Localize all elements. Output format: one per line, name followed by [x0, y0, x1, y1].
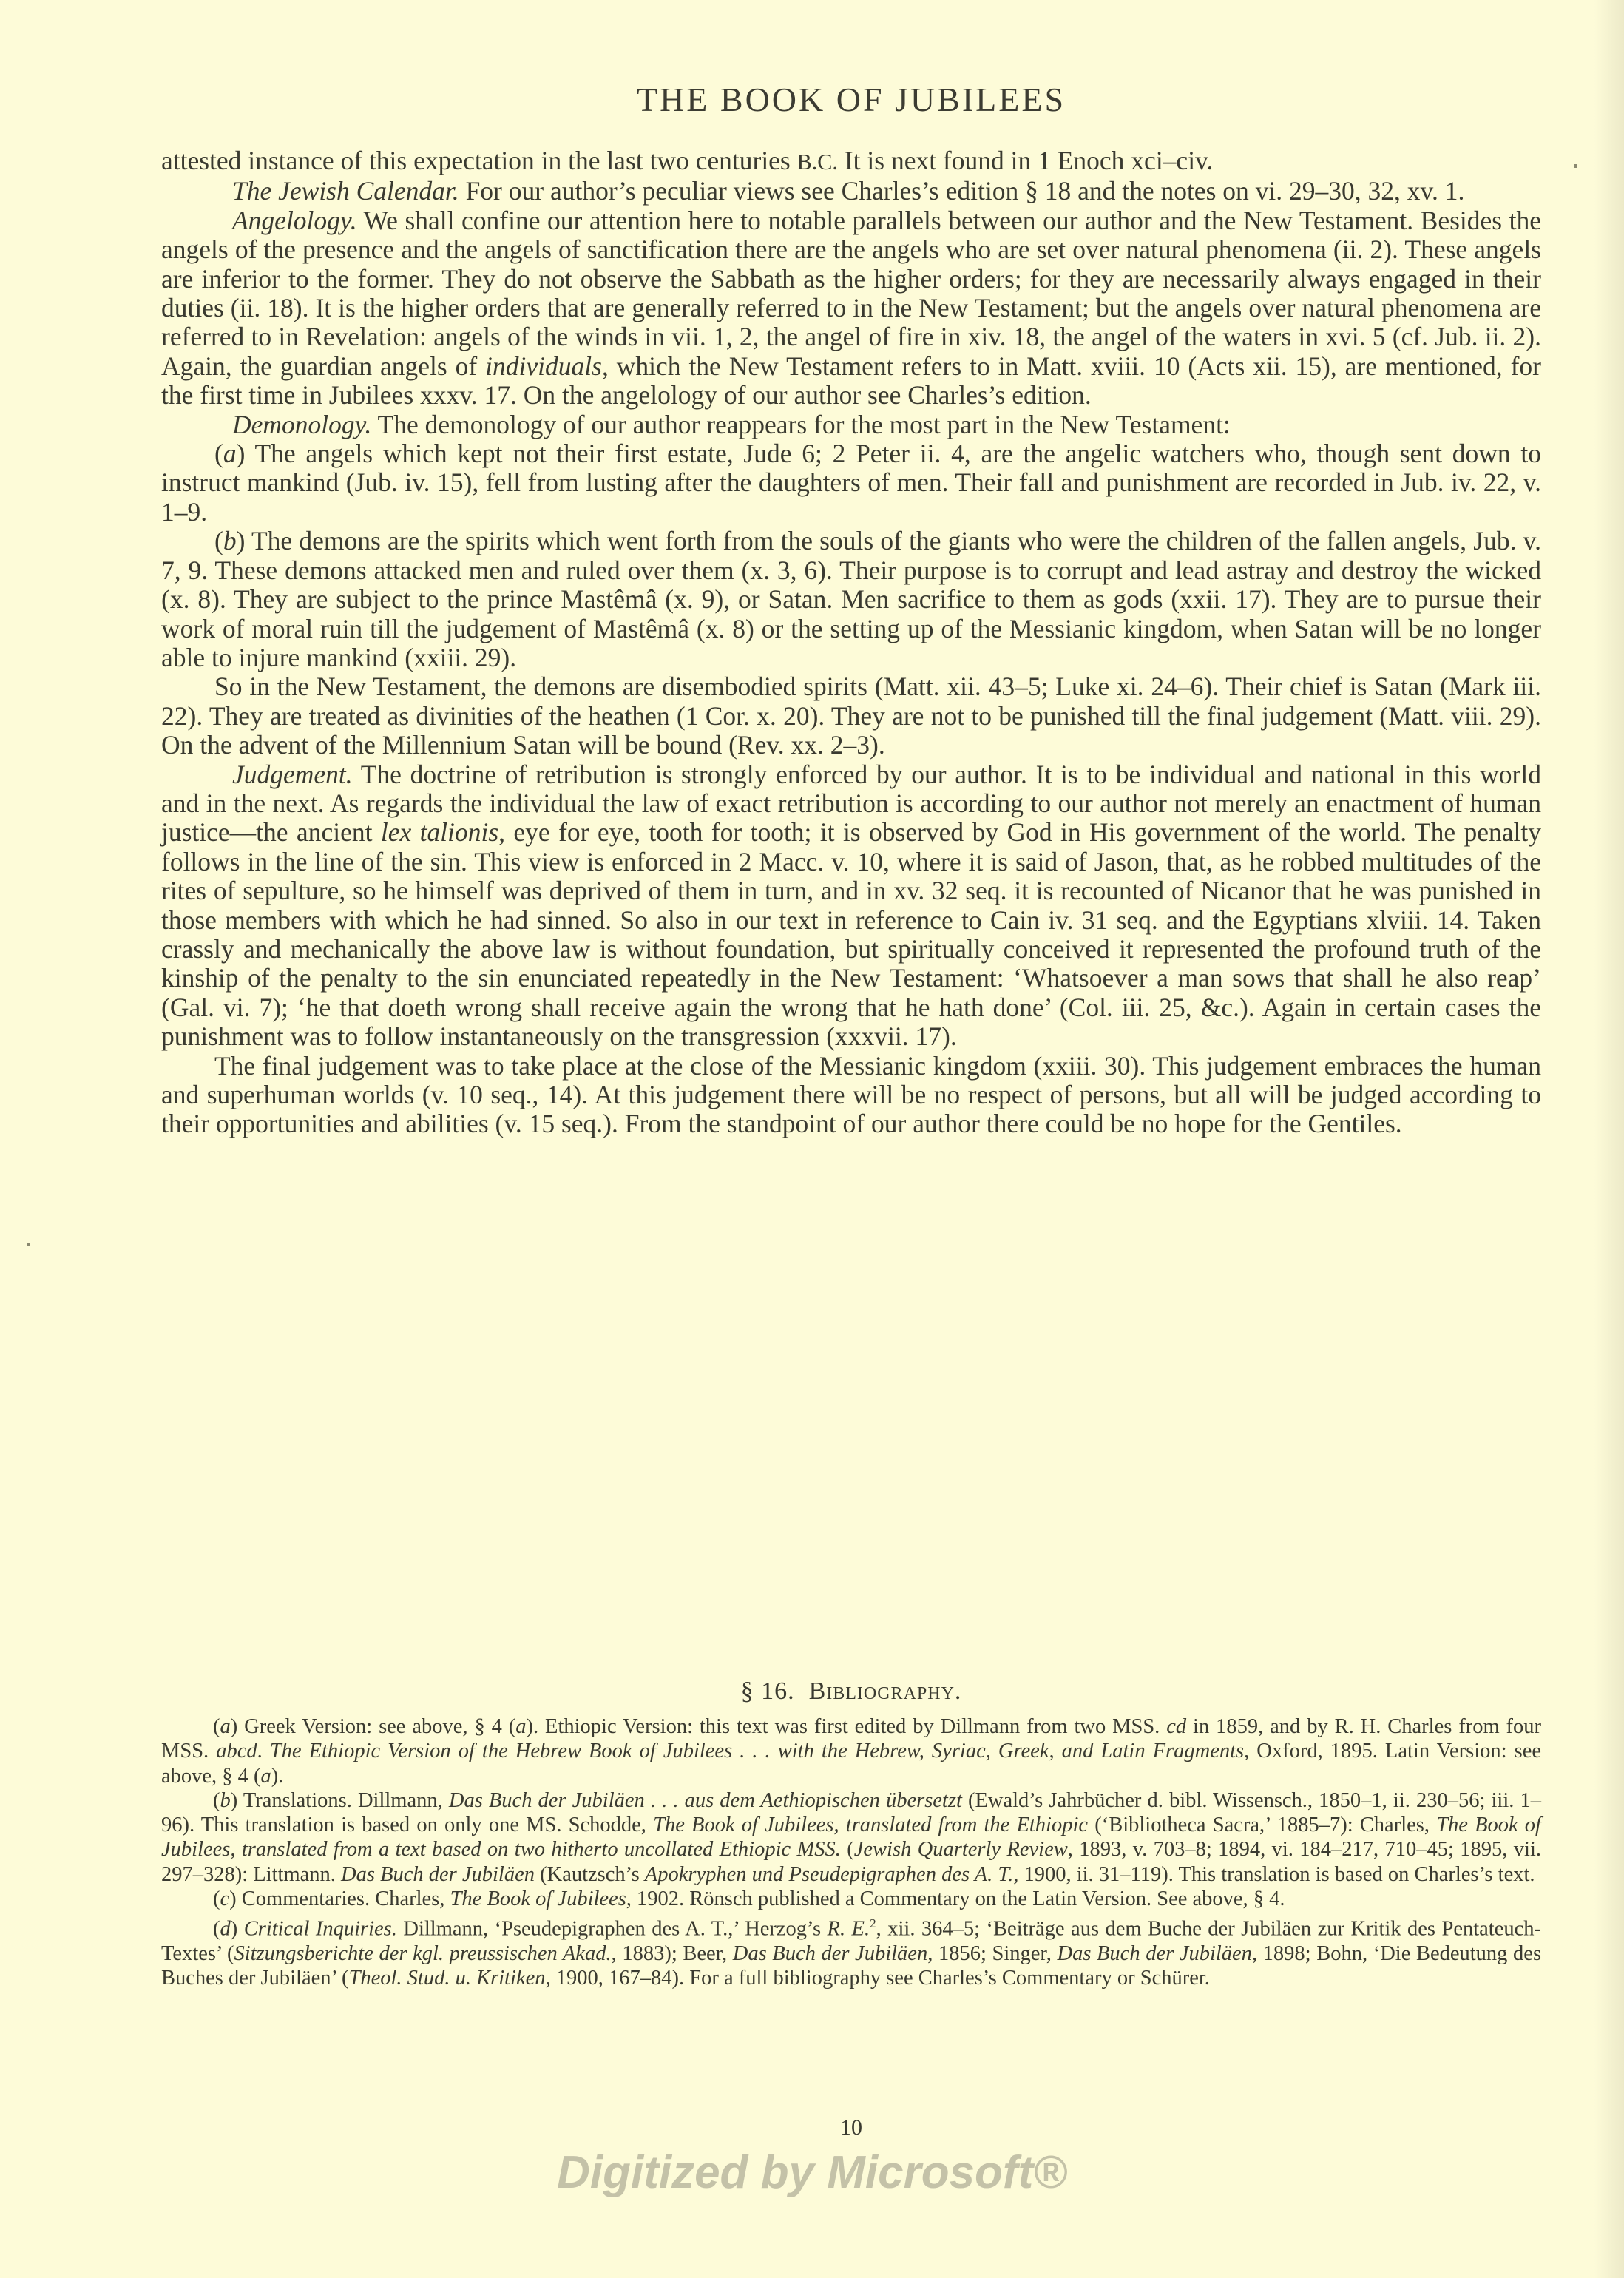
text: ). Ethiopic Version: this text was first…: [527, 1715, 1167, 1738]
text: ).: [271, 1765, 284, 1788]
bibliography-entry-c: (c) Commentaries. Charles, The Book of J…: [161, 1887, 1541, 1911]
book-title: Das Buch der Jubiläen . . . aus dem Aeth…: [449, 1789, 962, 1812]
paragraph-demonology: Demonology. The demonology of our author…: [161, 410, 1541, 439]
book-title: Das Buch der Jubiläen: [341, 1863, 535, 1886]
bibliography-entry-d: (d) Critical Inquiries. Dillmann, ‘Pseud…: [161, 1911, 1541, 1990]
text: Commentaries. Charles,: [237, 1887, 450, 1910]
paragraph-judgement: Judgement. The doctrine of retribution i…: [161, 760, 1541, 1052]
topic-label: Critical Inquiries.: [237, 1918, 397, 1941]
text: For our author’s peculiar views see Char…: [459, 176, 1465, 206]
item-marker: (b): [214, 526, 245, 555]
journal-title: Jewish Quarterly Review: [854, 1838, 1068, 1861]
topic-label: Judgement.: [232, 760, 353, 789]
journal-title: Sitzungsberichte der kgl. preussischen A…: [234, 1942, 611, 1965]
book-title: Apokryphen und Pseudepigraphen des A. T.: [645, 1863, 1013, 1886]
text: (‘Bibliotheca Sacra,’ 1885–7): Charles,: [1088, 1814, 1436, 1836]
paragraph-jewish-calendar: The Jewish Calendar. For our author’s pe…: [161, 177, 1541, 206]
text: Greek Version: see above, § 4 (: [237, 1715, 515, 1738]
text: , eye for eye, tooth for tooth; it is ob…: [161, 817, 1541, 1051]
superscript: 2: [870, 1916, 876, 1930]
text: So in the New Testament, the demons are …: [161, 672, 1541, 760]
margin-speck: [27, 1243, 30, 1246]
digitization-watermark: Digitized by Microsoft®: [0, 2146, 1624, 2199]
text: Dillmann, ‘Pseudepigraphen des A. T.,’ H…: [397, 1918, 828, 1941]
text: , 1900, ii. 31–119). This translation is…: [1013, 1863, 1535, 1886]
text: (Kautzsch’s: [535, 1863, 645, 1886]
margin-speck: [1574, 164, 1577, 168]
book-title: Das Buch der Jubiläen: [1057, 1942, 1251, 1965]
topic-label: Demonology.: [232, 410, 371, 439]
book-title: The Ethiopic Version of the Hebrew Book …: [270, 1740, 1244, 1762]
page-edge-shadow: [1594, 0, 1624, 2278]
text: Translations. Dillmann,: [237, 1789, 449, 1812]
text: The angels which kept not their first es…: [161, 439, 1541, 527]
text: attested instance of this expectation in…: [161, 146, 797, 175]
marker-letter: c: [220, 1887, 230, 1910]
paragraph-final-judgement: The final judgement was to take place at…: [161, 1052, 1541, 1139]
bibliography-entry-b: (b) Translations. Dillmann, Das Buch der…: [161, 1788, 1541, 1887]
emphasis: abcd: [216, 1740, 257, 1762]
text: (: [841, 1838, 854, 1861]
paragraph-angelology: Angelology. We shall confine our attenti…: [161, 206, 1541, 410]
text: , 1856; Singer,: [927, 1942, 1057, 1965]
paragraph-demonology-a: (a) The angels which kept not their firs…: [161, 439, 1541, 527]
emphasis: cd: [1166, 1715, 1186, 1738]
body-text: attested instance of this expectation in…: [161, 146, 1541, 1139]
book-title: Das Buch der Jubiläen: [733, 1942, 927, 1965]
paragraph-expectation: attested instance of this expectation in…: [161, 146, 1541, 177]
paragraph-new-testament-demons: So in the New Testament, the demons are …: [161, 672, 1541, 760]
text: .: [257, 1740, 270, 1762]
text: , 1883); Beer,: [612, 1942, 733, 1965]
section-title: Bibliography.: [809, 1677, 962, 1705]
marker-letter: a: [220, 1715, 231, 1738]
topic-label: Angelology.: [232, 206, 357, 235]
book-title: The Book of Jubilees: [450, 1887, 626, 1910]
text: The demonology of our author reappears f…: [371, 410, 1230, 439]
emphasis: R. E.: [828, 1918, 870, 1941]
text: It is next found in 1 Enoch xci–civ.: [838, 146, 1213, 175]
marker-letter: a: [223, 439, 237, 468]
emphasis: individuals: [485, 351, 602, 381]
bibliography: (a) Greek Version: see above, § 4 (a). E…: [161, 1714, 1541, 1991]
text: , 1902. Rönsch published a Commentary on…: [626, 1887, 1285, 1910]
running-head: THE BOOK OF JUBILEES: [161, 80, 1541, 119]
emphasis: a: [515, 1715, 526, 1738]
text: The final judgement was to take place at…: [161, 1051, 1541, 1139]
item-marker: (a): [214, 439, 245, 468]
emphasis: lex talionis: [381, 817, 498, 847]
marker-letter: d: [220, 1918, 231, 1941]
paragraph-demonology-b: (b) The demons are the spirits which wen…: [161, 527, 1541, 672]
text: The demons are the spirits which went fo…: [161, 526, 1541, 672]
section-number: § 16.: [741, 1677, 795, 1705]
bibliography-entry-a: (a) Greek Version: see above, § 4 (a). E…: [161, 1714, 1541, 1788]
text: , 1900, 167–84). For a full bibliography…: [546, 1967, 1210, 1990]
journal-title: Theol. Stud. u. Kritiken: [349, 1967, 546, 1990]
emphasis: a: [261, 1765, 271, 1788]
era-abbrev: B.C.: [797, 149, 838, 175]
marker-letter: b: [223, 526, 237, 555]
topic-label: The Jewish Calendar.: [232, 176, 459, 206]
section-heading: § 16. Bibliography.: [161, 1677, 1541, 1706]
page-number: 10: [161, 2115, 1541, 2140]
marker-letter: b: [220, 1789, 231, 1812]
book-title: The Book of Jubilees, translated from th…: [653, 1814, 1088, 1836]
